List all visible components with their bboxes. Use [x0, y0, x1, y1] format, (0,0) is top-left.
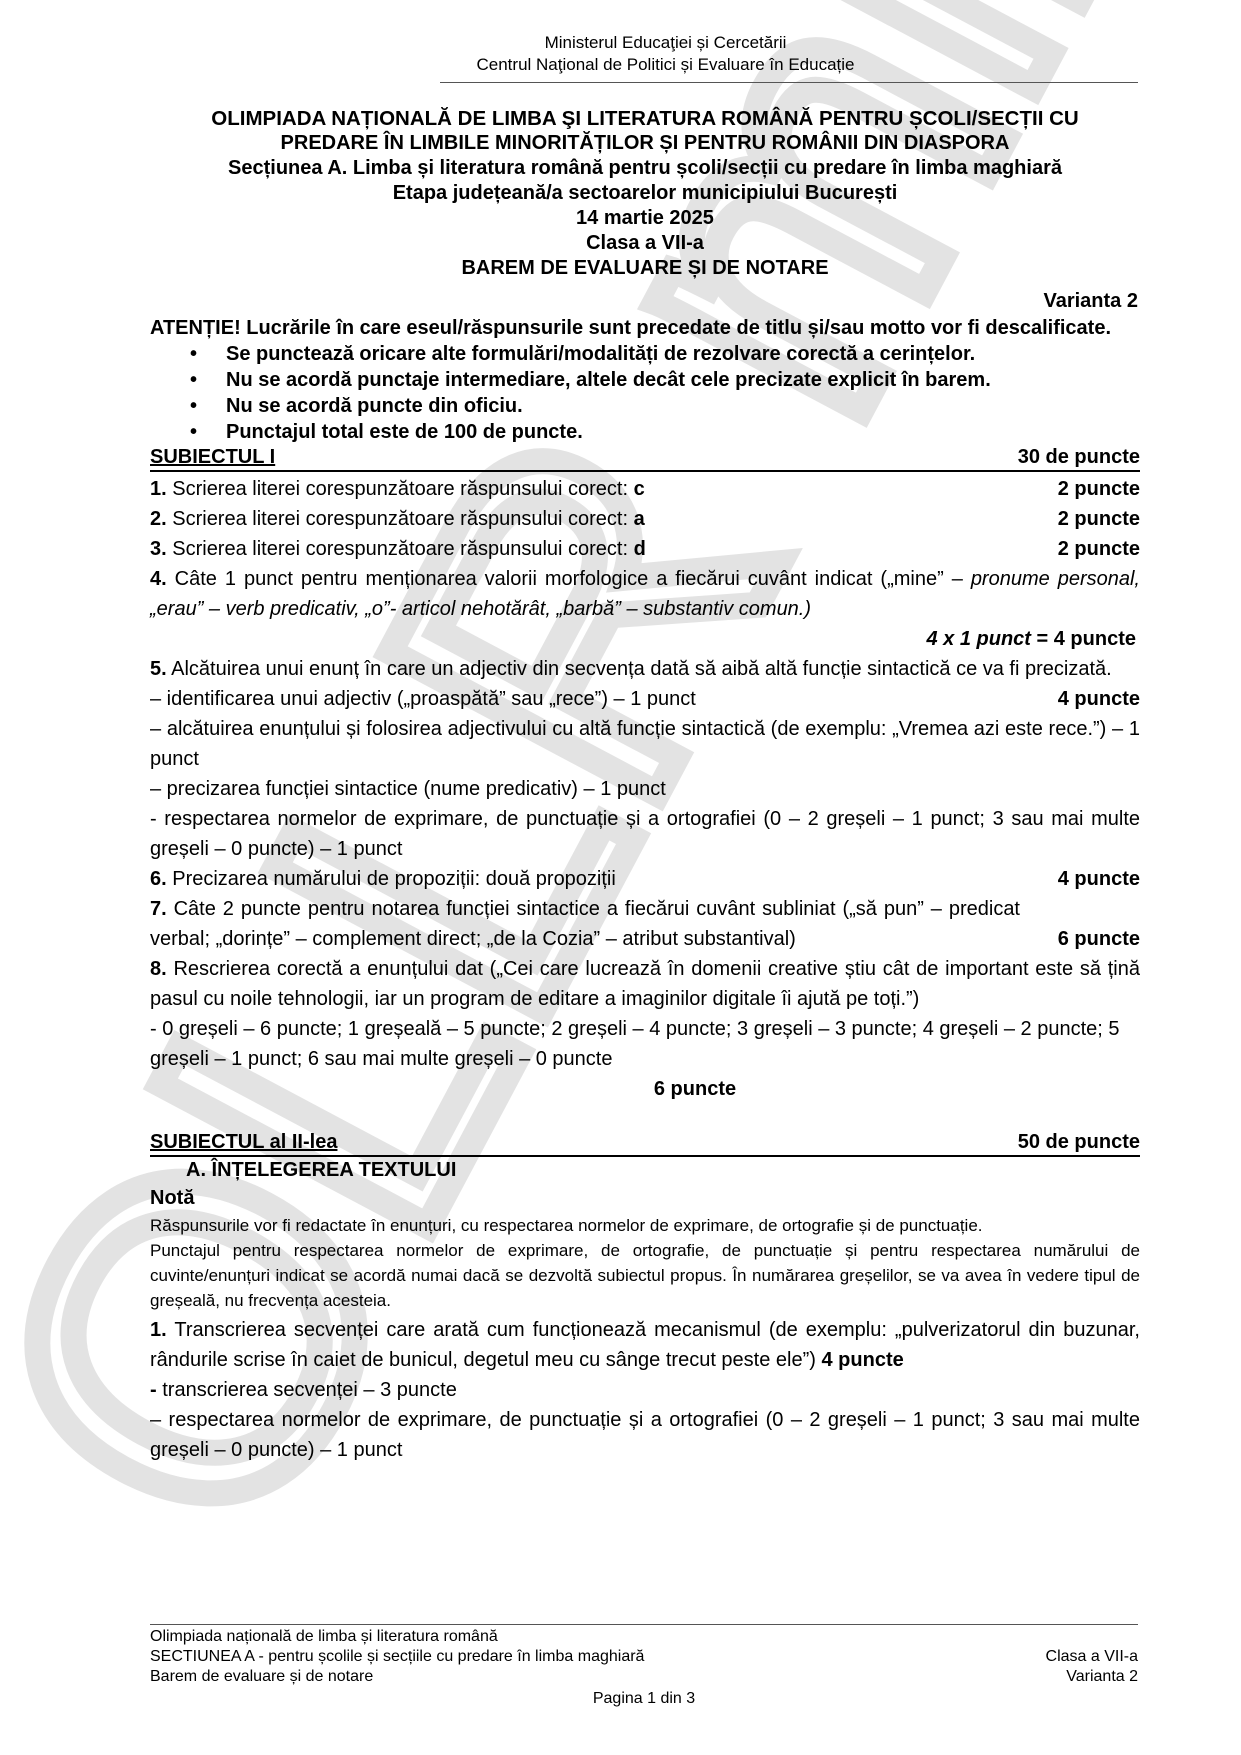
item-number: 1. [150, 1319, 167, 1341]
subject-2-title: SUBIECTUL al II-lea [150, 1130, 337, 1155]
item-number: 1. [150, 478, 167, 500]
item-text: Rescrierea corectă a enunțului dat („Cei… [150, 958, 1140, 1010]
item-number: 4. [150, 568, 167, 590]
ministry-name: Ministerul Educaţiei și Cercetării [45, 32, 1241, 54]
rule-item: Se punctează oricare alte formulări/moda… [190, 341, 1140, 367]
item-text: Scrierea literei corespunzătoare răspuns… [167, 508, 634, 530]
criterion: - respectarea normelor de exprimare, de … [150, 804, 1140, 864]
item-points: 4 puncte [816, 1349, 904, 1371]
item-text: Scrierea literei corespunzătoare răspuns… [167, 538, 634, 560]
item-7: 7. Câte 2 puncte pentru notarea funcției… [150, 894, 1140, 954]
center-name: Centrul Naţional de Politici și Evaluare… [45, 54, 1241, 76]
footer-grade: Clasa a VII-a [1046, 1647, 1138, 1667]
item-answer: c [634, 478, 645, 500]
doc-type-title: BAREM DE EVALUARE ȘI DE NOTARE [150, 256, 1140, 281]
item-1: 1. Scrierea literei corespunzătoare răsp… [150, 474, 1140, 504]
title-line-1: OLIMPIADA NAȚIONALĂ DE LIMBA ŞI LITERATU… [150, 106, 1140, 131]
item-5: 5. Alcătuirea unui enunț în care un adje… [150, 654, 1140, 864]
item-6: 6. Precizarea numărului de propoziții: d… [150, 864, 1140, 894]
footer-olympiad: Olimpiada națională de limba și literatu… [150, 1627, 1138, 1647]
footer-doc-type: Barem de evaluare și de notare [150, 1667, 373, 1687]
criterion: – precizarea funcției sintactice (nume p… [150, 774, 1140, 804]
section-title: Secțiunea A. Limba și literatura română … [150, 156, 1140, 181]
item-points: 2 puncte [1058, 534, 1140, 564]
item-text: Câte 2 puncte pentru notarea funcției si… [150, 898, 1020, 950]
note-title: Notă [150, 1183, 1140, 1213]
note-paragraph: Punctajul pentru respectarea normelor de… [150, 1238, 1140, 1313]
general-rules-list: Se punctează oricare alte formulări/moda… [150, 341, 1140, 445]
criterion: – identificarea unui adjectiv („proaspăt… [150, 684, 1140, 714]
subject-1-title: SUBIECTUL I [150, 445, 275, 470]
footer-divider [150, 1624, 1138, 1625]
subject-1-points: 30 de puncte [1018, 445, 1140, 470]
criterion: – alcătuirea enunțului și folosirea adje… [150, 714, 1140, 774]
footer-section: SECTIUNEA A - pentru școlile și secțiile… [150, 1647, 644, 1667]
item-8: 8. Rescrierea corectă a enunțului dat („… [150, 954, 1140, 1104]
part-a-title: A. ÎNȚELEGEREA TEXTULUI [150, 1157, 1140, 1183]
subject-2-points: 50 de puncte [1018, 1130, 1140, 1155]
item-text: Alcătuirea unui enunț în care un adjecti… [167, 658, 1112, 680]
item-points: 6 puncte [150, 1074, 1140, 1104]
item-number: 6. [150, 868, 167, 890]
document-title-block: OLIMPIADA NAȚIONALĂ DE LIMBA ŞI LITERATU… [150, 106, 1140, 281]
footer-variant: Varianta 2 [1066, 1667, 1138, 1687]
ministry-header: Ministerul Educaţiei și Cercetării Centr… [0, 32, 1241, 76]
exam-date: 14 martie 2025 [150, 206, 1140, 231]
criterion: – respectarea normelor de exprimare, de … [150, 1405, 1140, 1465]
item-number: 2. [150, 508, 167, 530]
item-points: 2 puncte [1058, 504, 1140, 534]
rule-item: Nu se acordă punctaje intermediare, alte… [190, 367, 1140, 393]
item-number: 3. [150, 538, 167, 560]
item-2: 2. Scrierea literei corespunzătoare răsp… [150, 504, 1140, 534]
item-number: 5. [150, 658, 167, 680]
header-divider [440, 82, 1138, 83]
title-line-2: PREDARE ÎN LIMBILE MINORITĂȚILOR ȘI PENT… [150, 131, 1140, 156]
criterion: - transcrierea secvenței – 3 puncte [150, 1375, 1140, 1405]
item-points: = 4 puncte [1037, 628, 1136, 650]
item-points: 6 puncte [1058, 924, 1140, 954]
rule-item: Punctajul total este de 100 de puncte. [190, 419, 1140, 445]
item-text: Scrierea literei corespunzătoare răspuns… [167, 478, 634, 500]
item-3: 3. Scrierea literei corespunzătoare răsp… [150, 534, 1140, 564]
grade-title: Clasa a VII-a [150, 231, 1140, 256]
item-4: 4. Câte 1 punct pentru menționarea valor… [150, 564, 1140, 624]
error-scale: - 0 greșeli – 6 puncte; 1 greșeală – 5 p… [150, 1014, 1140, 1074]
item-number: 8. [150, 958, 167, 980]
item-text: Precizarea numărului de propoziții: două… [167, 868, 616, 890]
subject-2-header: SUBIECTUL al II-lea 50 de puncte [150, 1130, 1140, 1157]
item-text: Transcrierea secvenței care arată cum fu… [150, 1319, 1140, 1371]
variant-label: Varianta 2 [1043, 290, 1138, 313]
item-number: 7. [150, 898, 167, 920]
item-4-points: 4 x 1 punct = 4 puncte [150, 624, 1140, 654]
item-formula: 4 x 1 punct [926, 628, 1030, 650]
rule-item: Nu se acordă puncte din oficiu. [190, 393, 1140, 419]
subject-1-header: SUBIECTUL I 30 de puncte [150, 445, 1140, 472]
item-answer: a [634, 508, 645, 530]
item-points: 2 puncte [1058, 474, 1140, 504]
subject-2-item-1: 1. Transcrierea secvenței care arată cum… [150, 1315, 1140, 1375]
page-number: Pagina 1 din 3 [150, 1689, 1138, 1709]
attention-note: ATENȚIE! Lucrările în care eseul/răspuns… [150, 315, 1140, 341]
item-points: 4 puncte [1058, 684, 1140, 714]
item-points: 4 puncte [1058, 864, 1140, 894]
note-paragraph: Răspunsurile vor fi redactate în enunțur… [150, 1213, 1140, 1238]
stage-title: Etapa județeană/a sectoarelor municipiul… [150, 181, 1140, 206]
page-footer: Olimpiada națională de limba și literatu… [150, 1627, 1138, 1709]
item-answer: d [634, 538, 646, 560]
document-page: OLLR minorități Ministerul Educaţiei și … [0, 0, 1241, 1755]
body-text: ATENȚIE! Lucrările în care eseul/răspuns… [150, 315, 1140, 1465]
item-text: Câte 1 punct pentru menționarea valorii … [167, 568, 971, 590]
